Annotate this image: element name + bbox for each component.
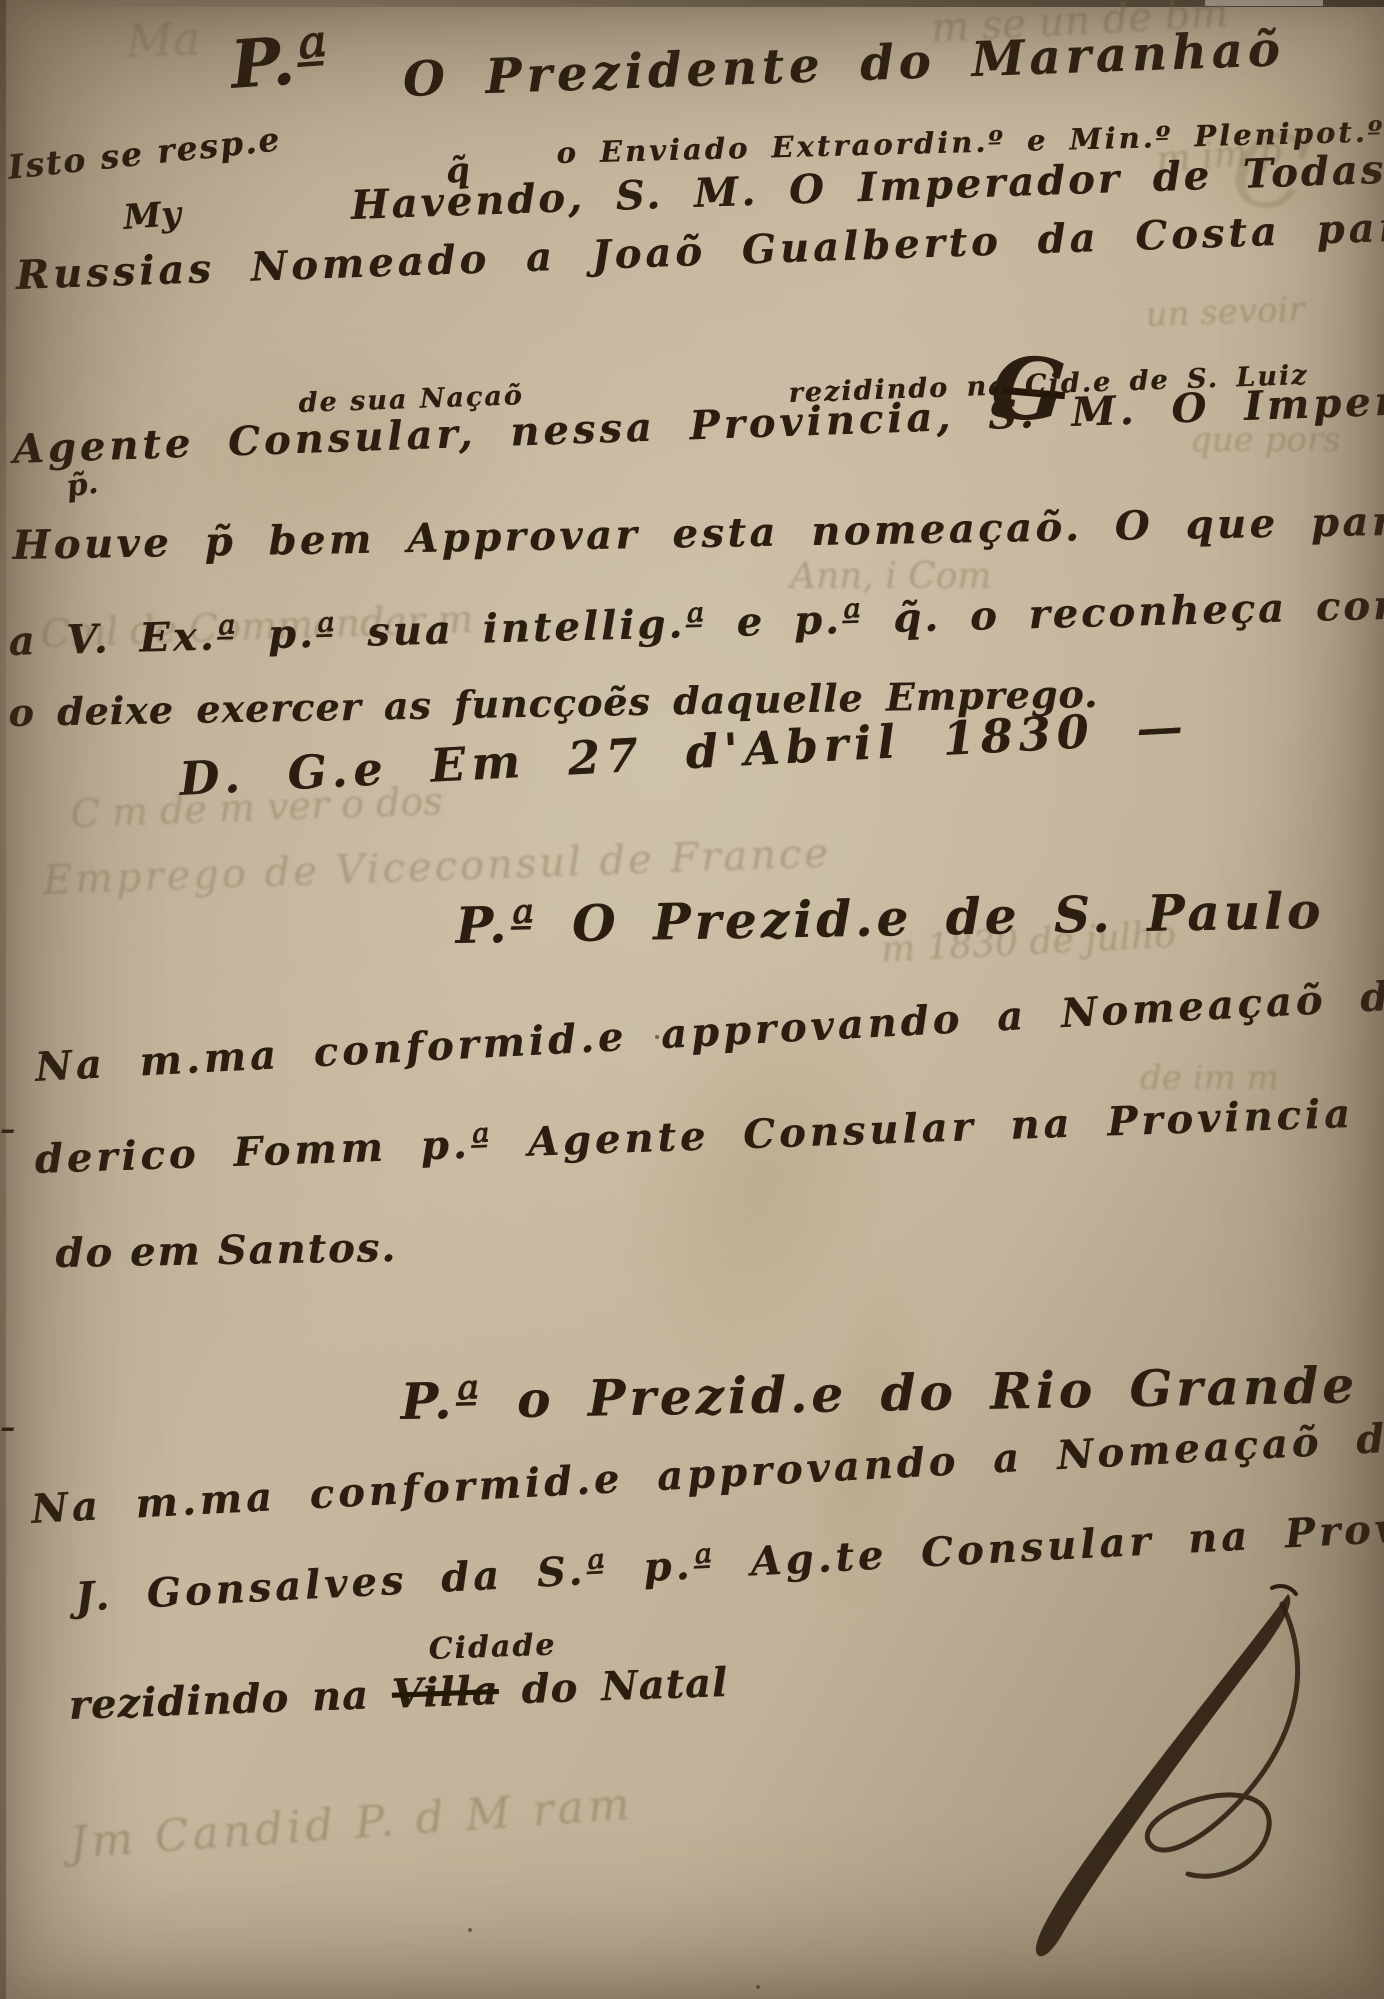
line-text: do Natal — [498, 1659, 729, 1714]
entry-heading-prefix-maranhao: P.ª — [228, 19, 333, 104]
manuscript-line-agente: Agente Consular, nessa Provincia, S. M. … — [12, 373, 1384, 473]
bleedthrough-line: de im m — [1140, 1058, 1279, 1098]
manuscript-line-houve: Houve p̃ bem Approvar esta nomeaçaõ. O q… — [12, 495, 1384, 569]
ink-speck — [756, 1985, 760, 1989]
line-text: rezidindo na — [68, 1671, 393, 1729]
manuscript-line-natal: rezidindo na Villa do Natal — [68, 1659, 729, 1729]
manuscript-line-intelligencia: a V. Ex.ª p.ª sua intellig.ª e p.ª q̃. o… — [8, 576, 1384, 665]
manuscript-line-spaulo-2: derico Fomm p.ª Agente Consular na Provi… — [34, 1082, 1384, 1183]
entry-heading-maranhao: O Prezidente do Maranhaõ — [402, 21, 1286, 108]
strikethrough-word: Villa — [391, 1667, 499, 1718]
ink-speck — [468, 1928, 472, 1932]
bleedthrough-line: Ann, i Com — [790, 556, 992, 597]
bleedthrough-line: Jm Candid P. d M ram — [68, 1779, 635, 1869]
bleedthrough-line: Ma — [125, 11, 201, 68]
manuscript-line-spaulo-3: do em Santos. — [55, 1224, 398, 1277]
entry-heading-spaulo: P.ª O Prezid.e de S. Paulo — [455, 881, 1325, 955]
margin-note-line2: My — [122, 194, 182, 238]
margin-tick: – — [0, 1112, 15, 1147]
margin-note-line1: Isto se resp.e — [6, 119, 283, 186]
margin-tick: – — [0, 1410, 15, 1445]
entry-heading-riogrande: P.ª o Prezid.e do Rio Grande — [400, 1355, 1358, 1431]
page-edge — [0, 0, 6, 1999]
manuscript-page: Ma m se un de bm m im p C un sevoir que … — [0, 0, 1384, 1999]
bleedthrough-line: un sevoir — [1145, 289, 1305, 335]
insertion-mark: p̃. — [64, 466, 100, 505]
interlinear-note-cidade: Cidade — [428, 1628, 557, 1667]
